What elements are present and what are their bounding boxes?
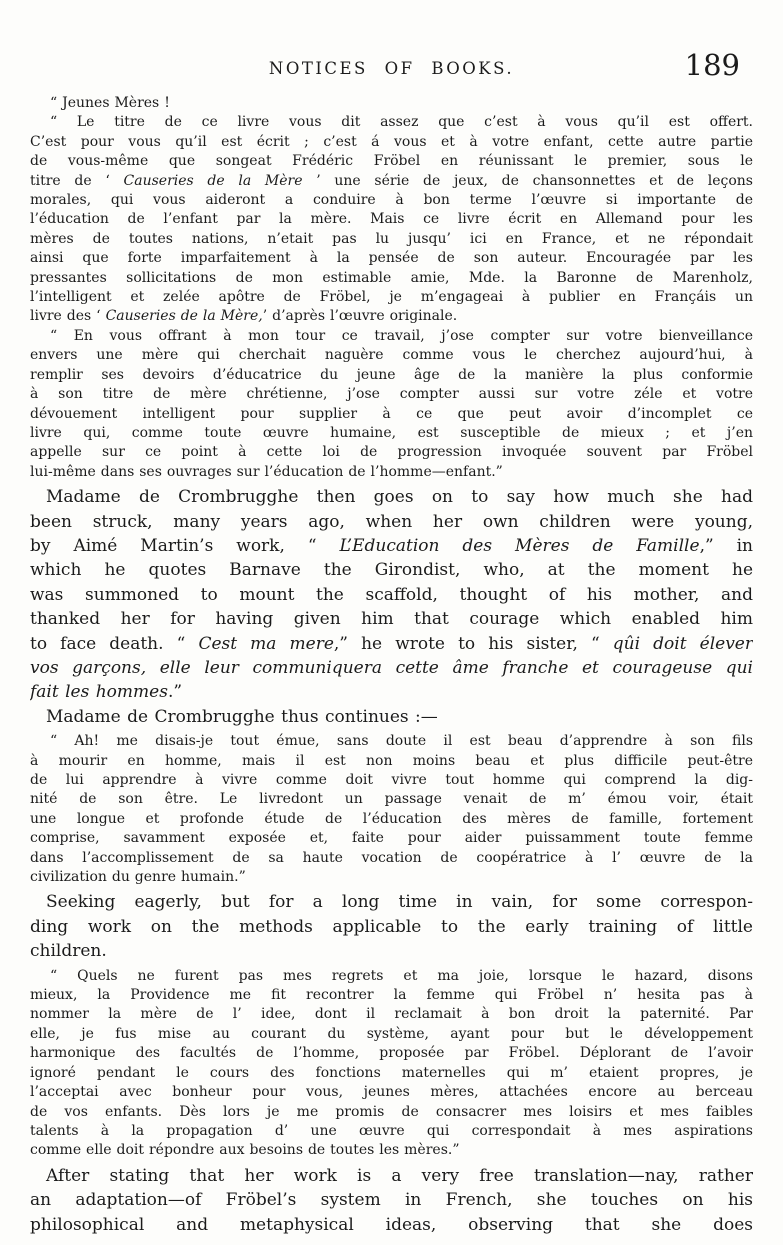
text-line: l’acceptai avec bonheur pour vous, jeune… bbox=[30, 1083, 753, 1102]
paragraph: “ Ah! me disais-je tout émue, sans doute… bbox=[30, 732, 753, 887]
text-line: Seeking eagerly, but for a long time in … bbox=[30, 890, 753, 914]
text-line: was summoned to mount the scaffold, thou… bbox=[30, 583, 753, 607]
paragraph: “ Jeunes Mères ! bbox=[30, 94, 753, 113]
text-line: Madame de Crombrugghe then goes on to sa… bbox=[30, 485, 753, 509]
text-line: mieux, la Providence me fit recontrer la… bbox=[30, 986, 753, 1005]
italic-text: vos garçons, elle leur communiquera cett… bbox=[30, 658, 753, 678]
italic-text: Causeries de la Mère, bbox=[106, 308, 263, 324]
page-body: “ Jeunes Mères !“ Le titre de ce livre v… bbox=[30, 94, 753, 1237]
text-line: which he quotes Barnave the Girondist, w… bbox=[30, 558, 753, 582]
text-line: dévouement intelligent pour supplier à c… bbox=[30, 405, 753, 424]
text-line: mères de toutes nations, n’etait pas lu … bbox=[30, 230, 753, 249]
text-line: Madame de Crombrugghe thus continues :— bbox=[30, 705, 753, 729]
text-line: “ Quels ne furent pas mes regrets et ma … bbox=[30, 967, 753, 986]
text-line: children. bbox=[30, 939, 753, 963]
text-line: pressantes sollicitations de mon estimab… bbox=[30, 269, 753, 288]
text-line: l’éducation de l’enfant par la mère. Mai… bbox=[30, 210, 753, 229]
text-line: by Aimé Martin’s work, “ L’Education des… bbox=[30, 534, 753, 558]
text-line: “ Le titre de ce livre vous dit assez qu… bbox=[30, 113, 753, 132]
text-line: ainsi que forte imparfaitement à la pens… bbox=[30, 249, 753, 268]
text-line: envers une mère qui cherchait naguère co… bbox=[30, 346, 753, 365]
text-line: comme elle doit répondre aux besoins de … bbox=[30, 1141, 753, 1160]
text-line: an adaptation—of Fröbel’s system in Fren… bbox=[30, 1188, 753, 1212]
italic-text: Cest ma mere bbox=[198, 634, 333, 654]
text-line: talents à la propagation d’ une œuvre qu… bbox=[30, 1122, 753, 1141]
italic-text: L’Education des Mères de Famille bbox=[340, 536, 700, 556]
italic-text: Causeries de la Mère bbox=[124, 173, 303, 189]
text-line: ignoré pendant le cours des fonctions ma… bbox=[30, 1064, 753, 1083]
italic-text: fait les hommes bbox=[30, 682, 168, 702]
text-line: appelle sur ce point à cette loi de prog… bbox=[30, 443, 753, 462]
page-number: 189 bbox=[685, 51, 740, 80]
text-line: lui-même dans ses ouvrages sur l’éducati… bbox=[30, 463, 753, 482]
text-line: harmonique des facultés de l’homme, prop… bbox=[30, 1044, 753, 1063]
text-line: l’intelligent et zelée apôtre de Fröbel,… bbox=[30, 288, 753, 307]
text-line: livre des ‘ Causeries de la Mère,’ d’apr… bbox=[30, 307, 753, 326]
text-line: à mourir en homme, mais il est non moins… bbox=[30, 752, 753, 771]
paragraph: After stating that her work is a very fr… bbox=[30, 1164, 753, 1237]
text-line: nité de son être. Le livredont un passag… bbox=[30, 790, 753, 809]
italic-text: qûi doit élever bbox=[613, 634, 753, 654]
text-line: titre de ‘ Causeries de la Mère ’ une sé… bbox=[30, 172, 753, 191]
text-line: “ Ah! me disais-je tout émue, sans doute… bbox=[30, 732, 753, 751]
text-line: de lui apprendre à vivre comme doit vivr… bbox=[30, 771, 753, 790]
text-line: à son titre de mère chrétienne, j’ose co… bbox=[30, 385, 753, 404]
text-line: elle, je fus mise au courant du système,… bbox=[30, 1025, 753, 1044]
text-line: morales, qui vous aideront a conduire à … bbox=[30, 191, 753, 210]
text-line: livre qui, comme toute œuvre humaine, es… bbox=[30, 424, 753, 443]
paragraph: “ En vous offrant à mon tour ce travail,… bbox=[30, 327, 753, 482]
text-line: “ Jeunes Mères ! bbox=[30, 94, 753, 113]
text-line: une longue et profonde étude de l’éducat… bbox=[30, 810, 753, 829]
paragraph: Madame de Crombrugghe thus continues :— bbox=[30, 705, 753, 729]
book-page: NOTICES OF BOOKS. 189 “ Jeunes Mères !“ … bbox=[0, 0, 783, 1237]
text-line: vos garçons, elle leur communiquera cett… bbox=[30, 656, 753, 680]
text-line: fait les hommes.” bbox=[30, 680, 753, 704]
paragraph: Madame de Crombrugghe then goes on to sa… bbox=[30, 485, 753, 705]
text-line: After stating that her work is a very fr… bbox=[30, 1164, 753, 1188]
text-line: been struck, many years ago, when her ow… bbox=[30, 510, 753, 534]
text-line: comprise, savamment exposée et, faite po… bbox=[30, 829, 753, 848]
text-line: to face death. “ Cest ma mere,” he wrote… bbox=[30, 632, 753, 656]
text-line: ding work on the methods applicable to t… bbox=[30, 915, 753, 939]
paragraph: “ Quels ne furent pas mes regrets et ma … bbox=[30, 967, 753, 1161]
text-line: de vos enfants. Dès lors je me promis de… bbox=[30, 1103, 753, 1122]
text-line: de vous-même que songeat Frédéric Fröbel… bbox=[30, 152, 753, 171]
paragraph: Seeking eagerly, but for a long time in … bbox=[30, 890, 753, 963]
text-line: nommer la mère de l’ idee, dont il recla… bbox=[30, 1005, 753, 1024]
text-line: dans l’accomplissement de sa haute vocat… bbox=[30, 849, 753, 868]
text-line: “ En vous offrant à mon tour ce travail,… bbox=[30, 327, 753, 346]
text-line: civilization du genre humain.” bbox=[30, 868, 753, 887]
paragraph: “ Le titre de ce livre vous dit assez qu… bbox=[30, 113, 753, 326]
text-line: thanked her for having given him that co… bbox=[30, 607, 753, 631]
page-header: NOTICES OF BOOKS. 189 bbox=[30, 46, 753, 80]
text-line: C’est pour vous qu’il est écrit ; c’est … bbox=[30, 133, 753, 152]
text-line: philosophical and metaphysical ideas, ob… bbox=[30, 1213, 753, 1237]
text-line: remplir ses devoirs d’éducatrice du jeun… bbox=[30, 366, 753, 385]
running-title: NOTICES OF BOOKS. bbox=[269, 59, 514, 78]
